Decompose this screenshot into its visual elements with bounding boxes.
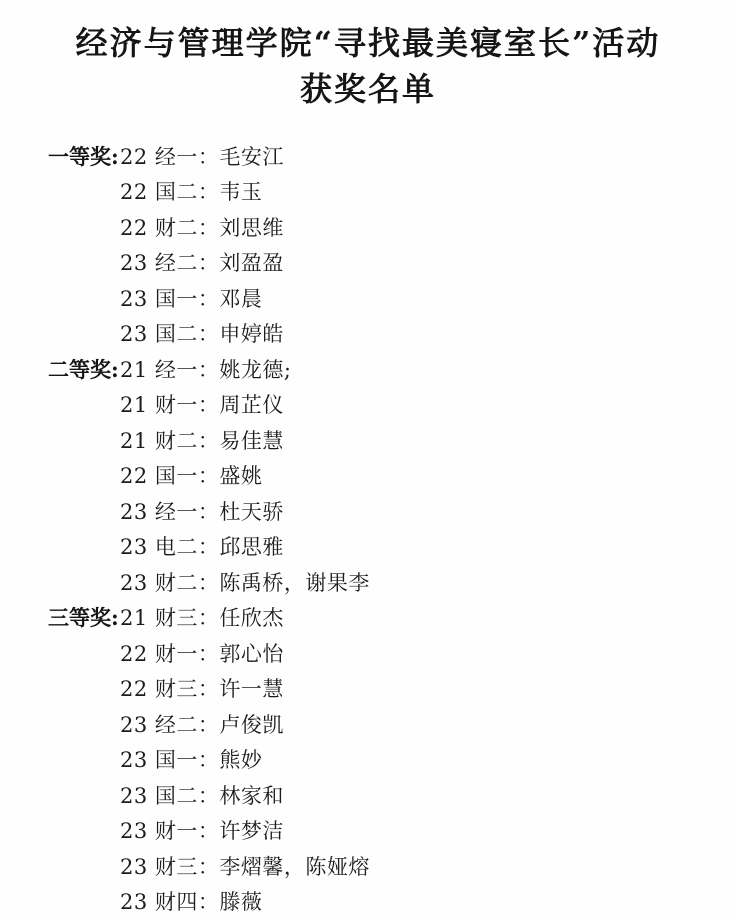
award-entry: 23 经二：刘盈盈: [120, 247, 284, 277]
award-row: 23 国二：林家和: [48, 777, 736, 813]
award-entry: 23 国一：邓晨: [120, 283, 262, 313]
award-entry: 22 财二：刘思维: [120, 212, 284, 242]
award-row: 23 财二：陈禹桥，谢果李: [48, 564, 736, 600]
award-entry: 22 财一：郭心怡: [120, 638, 284, 668]
award-entry: 23 国一：熊妙: [120, 744, 262, 774]
title-line-2: 获奖名单: [0, 66, 736, 112]
award-row: 22 国二：韦玉: [48, 174, 736, 210]
award-row: 23 电二：邱思雅: [48, 529, 736, 565]
award-document: 经济与管理学院“寻找最美寝室长”活动 获奖名单 一等奖:22 经一：毛安江22 …: [0, 0, 736, 916]
award-row: 23 国一：邓晨: [48, 280, 736, 316]
award-entry: 22 国二：韦玉: [120, 176, 262, 206]
award-entry: 22 国一：盛姚: [120, 460, 262, 490]
award-entry: 21 财三：任欣杰: [120, 602, 284, 632]
award-row: 23 财四：滕薇: [48, 884, 736, 916]
award-row: 23 经一：杜天骄: [48, 493, 736, 529]
award-row: 23 经二：卢俊凯: [48, 706, 736, 742]
award-entry: 23 经二：卢俊凯: [120, 709, 284, 739]
title-line-1: 经济与管理学院“寻找最美寝室长”活动: [0, 20, 736, 66]
award-entry: 23 国二：林家和: [120, 780, 284, 810]
award-row: 21 财一：周芷仪: [48, 387, 736, 423]
award-entry: 23 国二：申婷皓: [120, 318, 284, 348]
award-entry: 23 财二：陈禹桥，谢果李: [120, 567, 370, 597]
award-row: 23 国二：申婷皓: [48, 316, 736, 352]
award-entry: 21 财一：周芷仪: [120, 389, 284, 419]
award-row: 22 财二：刘思维: [48, 209, 736, 245]
award-entry: 23 财三：李熠馨，陈娅熔: [120, 851, 370, 881]
award-list: 一等奖:22 经一：毛安江22 国二：韦玉22 财二：刘思维23 经二：刘盈盈2…: [0, 138, 736, 916]
award-row: 22 国一：盛姚: [48, 458, 736, 494]
award-row: 23 财一：许梦洁: [48, 813, 736, 849]
prize-label: 二等奖:: [48, 354, 120, 384]
award-row: 23 财三：李熠馨，陈娅熔: [48, 848, 736, 884]
award-entry: 23 电二：邱思雅: [120, 531, 284, 561]
award-row: 一等奖:22 经一：毛安江: [48, 138, 736, 174]
award-entry: 22 财三：许一慧: [120, 673, 284, 703]
award-entry: 21 经一：姚龙德;: [120, 354, 291, 384]
award-entry: 23 经一：杜天骄: [120, 496, 284, 526]
award-row: 22 财一：郭心怡: [48, 635, 736, 671]
award-row: 22 财三：许一慧: [48, 671, 736, 707]
award-row: 21 财二：易佳慧: [48, 422, 736, 458]
award-entry: 23 财一：许梦洁: [120, 815, 284, 845]
award-row: 23 国一：熊妙: [48, 742, 736, 778]
document-title: 经济与管理学院“寻找最美寝室长”活动 获奖名单: [0, 20, 736, 112]
award-entry: 23 财四：滕薇: [120, 886, 262, 916]
award-entry: 22 经一：毛安江: [120, 141, 284, 171]
award-row: 三等奖:21 财三：任欣杰: [48, 600, 736, 636]
award-entry: 21 财二：易佳慧: [120, 425, 284, 455]
award-row: 23 经二：刘盈盈: [48, 245, 736, 281]
prize-label: 一等奖:: [48, 141, 120, 171]
prize-label: 三等奖:: [48, 602, 120, 632]
award-row: 二等奖:21 经一：姚龙德;: [48, 351, 736, 387]
